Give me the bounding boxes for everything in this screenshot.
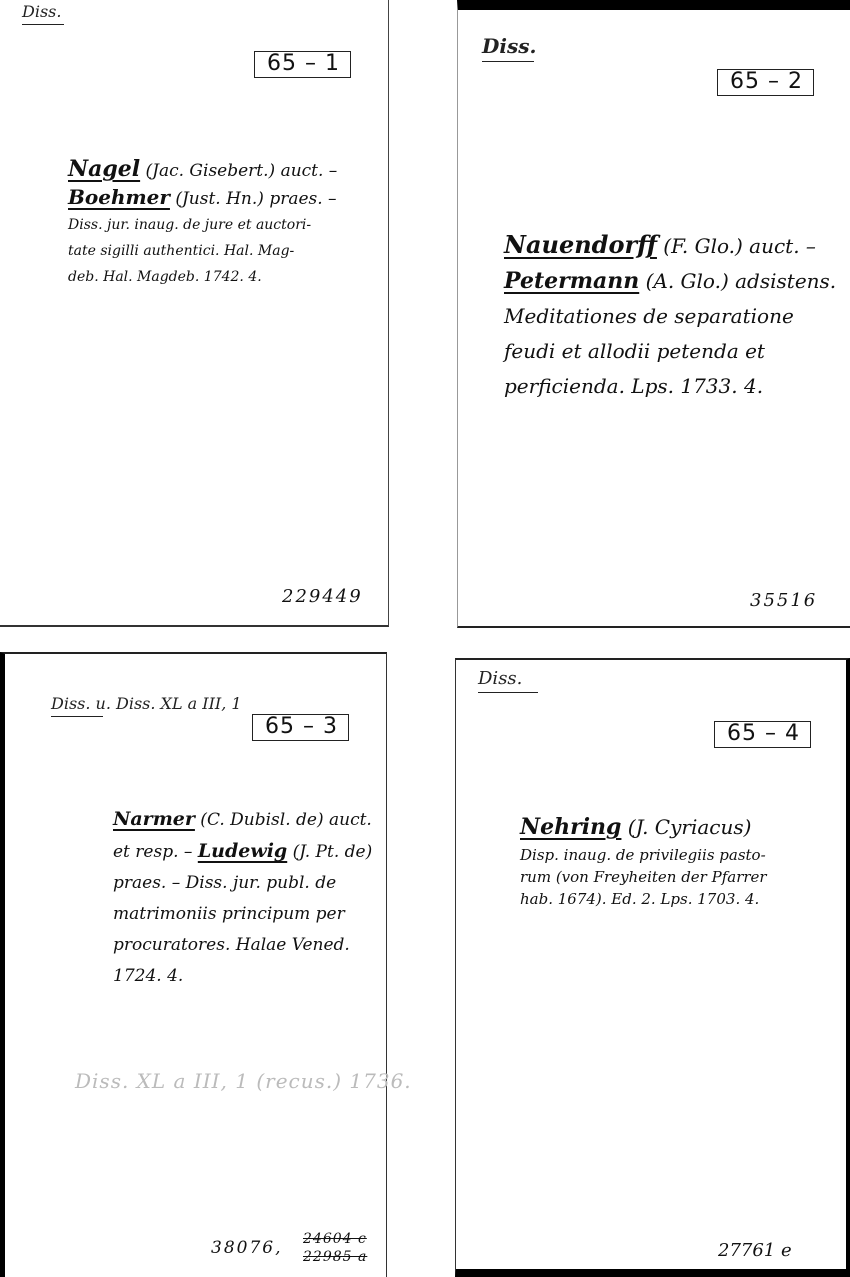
shelf-mark: Diss.: [478, 668, 538, 693]
adsistens-name: Petermann: [504, 268, 639, 294]
accession-number: 35516: [750, 590, 817, 611]
struck-number: 24604 c: [303, 1230, 367, 1248]
entry-line: Narmer (C. Dubisl. de) auct.: [113, 804, 372, 836]
praeses-name: Boehmer: [68, 185, 170, 209]
entry-line: Nagel (Jac. Gisebert.) auct. –: [68, 156, 337, 184]
call-number-stamp: 65 – 1: [254, 51, 351, 78]
entry-line: Petermann (A. Glo.) adsistens.: [504, 264, 836, 299]
entry-line: Diss. jur. inaug. de jure et auctori-: [68, 212, 337, 238]
entry-line: praes. – Diss. jur. publ. de: [113, 868, 372, 899]
catalog-entry: Nagel (Jac. Gisebert.) auct. – Boehmer (…: [68, 156, 337, 290]
catalog-entry: Narmer (C. Dubisl. de) auct. et resp. – …: [113, 804, 372, 992]
entry-text: (J. Cyriacus): [621, 815, 751, 839]
call-number-stamp: 65 – 2: [717, 69, 814, 96]
author-name: Nehring: [520, 814, 621, 840]
entry-line: rum (von Freyheiten der Pfarrer: [520, 866, 767, 888]
entry-line: 1724. 4.: [113, 961, 372, 992]
entry-line: procuratores. Halae Vened.: [113, 930, 372, 961]
catalog-card-2: Diss. 65 – 2 Nauendorff (F. Glo.) auct. …: [457, 0, 850, 628]
shelf-mark-underline: [22, 24, 64, 25]
shelf-mark-text: Diss. u. Diss. XL a III, 1: [51, 694, 242, 713]
catalog-entry: Nehring (J. Cyriacus) Disp. inaug. de pr…: [520, 810, 767, 910]
author-name: Nauendorff: [504, 230, 657, 259]
accession-number: 38076,: [211, 1238, 282, 1258]
shelf-mark-text: Diss.: [22, 2, 61, 21]
entry-line: Nauendorff (F. Glo.) auct. –: [504, 227, 836, 264]
entry-line: perficienda. Lps. 1733. 4.: [504, 369, 836, 404]
call-number-stamp: 65 – 3: [252, 714, 349, 741]
entry-text: (J. Pt. de): [287, 842, 372, 862]
entry-line: Boehmer (Just. Hn.) praes. –: [68, 184, 337, 212]
entry-line: feudi et allodii petenda et: [504, 334, 836, 369]
entry-line: hab. 1674). Ed. 2. Lps. 1703. 4.: [520, 888, 767, 910]
entry-line: et resp. – Ludewig (J. Pt. de): [113, 836, 372, 868]
entry-line: Nehring (J. Cyriacus): [520, 810, 767, 844]
author-name: Nagel: [68, 156, 140, 182]
pencil-note: Diss. XL a III, 1 (recus.) 1736.: [75, 1069, 412, 1093]
shelf-mark: Diss. u. Diss. XL a III, 1: [51, 694, 242, 717]
entry-line: matrimoniis principum per: [113, 899, 372, 930]
entry-line: tate sigilli authentici. Hal. Mag-: [68, 238, 337, 264]
struck-number: 22985 a: [303, 1248, 367, 1266]
call-number-stamp: 65 – 4: [714, 721, 811, 748]
accession-number: 229449: [282, 586, 363, 607]
accession-number: 27761 e: [718, 1240, 792, 1261]
entry-line: Disp. inaug. de privilegiis pasto-: [520, 844, 767, 866]
struck-accession-numbers: 24604 c 22985 a: [303, 1230, 367, 1266]
catalog-entry: Nauendorff (F. Glo.) auct. – Petermann (…: [504, 227, 836, 404]
shelf-mark-underline: [51, 716, 103, 717]
catalog-card-4: Diss. 65 – 4 Nehring (J. Cyriacus) Disp.…: [455, 658, 850, 1277]
shelf-mark-underline: [482, 61, 534, 62]
shelf-mark-text: Diss.: [482, 34, 536, 58]
catalog-card-3: Diss. u. Diss. XL a III, 1 65 – 3 Narmer…: [0, 652, 387, 1277]
entry-text: (Just. Hn.) praes. –: [170, 189, 337, 209]
entry-text: (F. Glo.) auct. –: [657, 234, 816, 258]
shelf-mark: Diss.: [482, 34, 536, 62]
praeses-name: Ludewig: [198, 840, 287, 862]
entry-text: et resp. –: [113, 842, 198, 862]
shelf-mark: Diss.: [22, 2, 64, 25]
catalog-card-1: Diss. 65 – 1 Nagel (Jac. Gisebert.) auct…: [0, 0, 389, 627]
author-name: Narmer: [113, 808, 195, 830]
entry-line: deb. Hal. Magdeb. 1742. 4.: [68, 264, 337, 290]
shelf-mark-underline: [478, 692, 538, 693]
entry-text: (Jac. Gisebert.) auct. –: [140, 161, 337, 181]
entry-line: Meditationes de separatione: [504, 299, 836, 334]
entry-text: (A. Glo.) adsistens.: [639, 269, 836, 293]
shelf-mark-text: Diss.: [478, 668, 522, 689]
entry-text: (C. Dubisl. de) auct.: [195, 810, 372, 830]
